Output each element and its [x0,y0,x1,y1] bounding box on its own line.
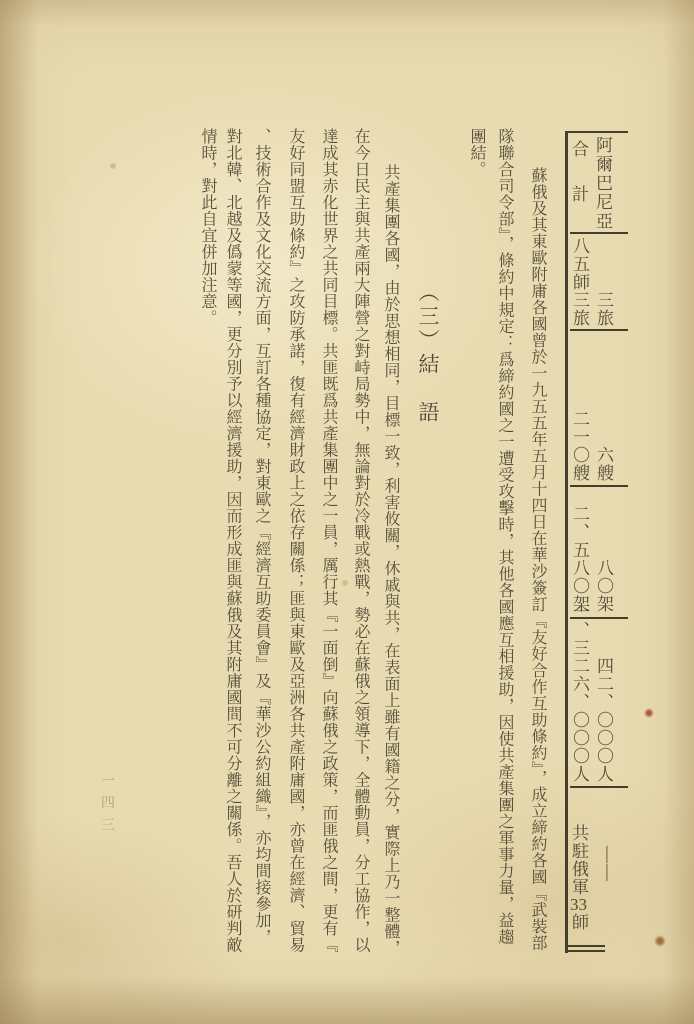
table-cell-albania-aircraft: 八〇架 [596,559,616,613]
garrison-prefix: 共駐俄軍 [569,824,588,896]
table-cell-total-personnel: 一、三二六、〇〇〇人 [572,603,592,783]
garrison-number: 33 [569,896,588,913]
body-column-6: 對北韓、北越及僞蒙等國，更分別予以經濟援助，因而形成匪與蘇俄及其附庸國間不可分離… [222,128,244,953]
intro-column-3: 團結。 [466,128,488,178]
garrison-suffix: 師 [569,913,588,931]
table-bottom-border [565,945,605,947]
table-cell-albania-personnel: 四二、〇〇〇人 [596,657,616,783]
scanned-paper-page: 阿爾巴尼亞 合計 三旅 八五師三旅 六艘 二一〇艘 八〇架 二、五八〇架 四二、… [0,0,694,1024]
body-column-1: 共產集團各國，由於思想相同，目標一致，利害攸關，休戚與共，在表面上雖有國籍之分，… [380,164,402,956]
body-column-5: 、技術合作及文化交流方面，互訂各種協定，對東歐之『經濟互助委員會』及『華沙公約組… [251,128,273,945]
body-column-3: 達成其赤化世界之共同目標。共匪既爲共產集團中之一員，厲行其『一面倒』向蘇俄之政策… [318,128,340,953]
table-cell-albania-navy: 六艘 [596,446,616,482]
table-cell-total-aircraft: 二、五八〇架 [572,505,592,613]
table-bottom-border [565,950,605,952]
table-header-total: 合計 [571,140,591,230]
body-column-4: 友好同盟互助條約』之攻防承諾，復有經濟財政上之依存關係；匪與東歐及亞洲各共產附庸… [285,128,307,953]
table-row-separator [570,329,628,331]
table-top-border [565,131,628,133]
table-row-separator [570,232,628,234]
table-cell-albania-garrison-dash: —— [598,846,618,882]
table-cell-total-navy: 二一〇艘 [572,410,592,482]
table-cell-total-army: 八五師三旅 [572,237,592,327]
intro-column-2: 隊聯合司令部』，條約中規定：爲締約國之一遭受攻擊時，其他各國應互相援助，因使共產… [494,128,516,945]
body-column-7: 情時，對此自宜併加注意。 [197,128,219,326]
intro-column-1: 蘇俄及其東歐附庸各國曾於一九五五年五月十四日在華沙簽訂『友好合作互助條約』，成立… [527,167,549,951]
table-row-separator [570,485,628,487]
section-heading: （三）結 語 [417,281,443,425]
body-column-2: 在今日民主與共產兩大陣營之對峙局勢中，無論對於冷戰或熱戰，勢必在蘇俄之領導下，全… [350,128,372,953]
table-cell-albania-army: 三旅 [596,291,616,327]
table-header-albania: 阿爾巴尼亞 [595,136,615,231]
table-cell-total-garrison: 共駐俄軍33師 [571,824,591,931]
table-row-separator [570,786,628,788]
page-number: 一四三 [96,773,116,839]
